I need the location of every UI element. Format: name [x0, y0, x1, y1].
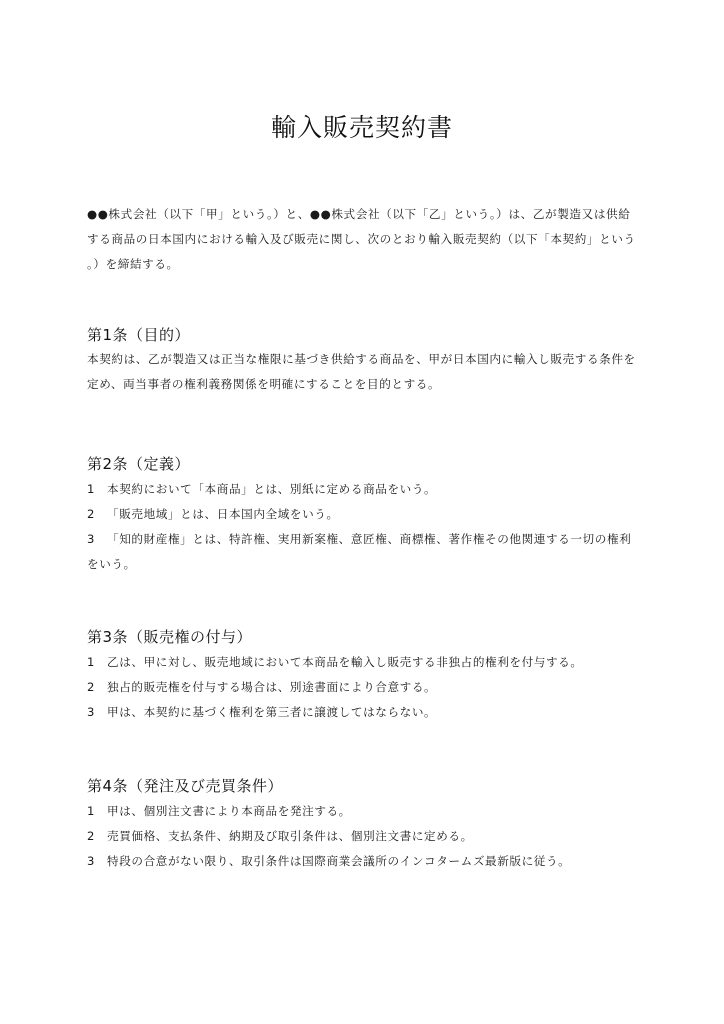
item-text: 特段の合意がない限り、取引条件は国際商業会議所のインコタームズ最新版に従う。: [107, 854, 570, 868]
item-text: 独占的販売権を付与する場合は、別途書面により合意する。: [107, 680, 436, 694]
article-4-item-1: 1甲は、個別注文書により本商品を発注する。: [87, 799, 647, 824]
article-1-line: 本契約は、乙が製造又は正当な権限に基づき供給する商品を、甲が日本国内に輸入し販売…: [87, 347, 647, 372]
item-text: 本契約において「本商品」とは、別紙に定める商品をいう。: [107, 482, 436, 496]
item-number: 1: [87, 650, 107, 675]
article-2-item-3: 3「知的財産権」とは、特許権、実用新案権、意匠権、商標権、著作権その他関連する一…: [87, 527, 647, 552]
preamble: ●●株式会社（以下「甲」という。）と、●●株式会社（以下「乙」という。）は、乙が…: [87, 202, 647, 277]
item-number: 1: [87, 477, 107, 502]
preamble-line: する商品の日本国内における輸入及び販売に関し、次のとおり輸入販売契約（以下「本契…: [87, 227, 647, 252]
item-text: 甲は、本契約に基づく権利を第三者に譲渡してはならない。: [107, 705, 436, 719]
article-1-line: 定め、両当事者の権利義務関係を明確にすることを目的とする。: [87, 372, 647, 397]
article-4-item-3: 3特段の合意がない限り、取引条件は国際商業会議所のインコタームズ最新版に従う。: [87, 849, 647, 874]
item-number: 3: [87, 849, 107, 874]
preamble-line: ●●株式会社（以下「甲」という。）と、●●株式会社（以下「乙」という。）は、乙が…: [87, 202, 647, 227]
article-1-body: 本契約は、乙が製造又は正当な権限に基づき供給する商品を、甲が日本国内に輸入し販売…: [87, 347, 647, 397]
article-1-heading: 第1条（目的）: [87, 324, 190, 345]
article-3-heading: 第3条（販売権の付与）: [87, 626, 252, 647]
item-number: 2: [87, 824, 107, 849]
item-number: 2: [87, 502, 107, 527]
item-text: 「知的財産権」とは、特許権、実用新案権、意匠権、商標権、著作権その他関連する一切…: [107, 532, 631, 546]
article-4-body: 1甲は、個別注文書により本商品を発注する。 2売買価格、支払条件、納期及び取引条…: [87, 799, 647, 874]
article-2-heading: 第2条（定義）: [87, 453, 190, 474]
item-number: 2: [87, 675, 107, 700]
document-title: 輸入販売契約書: [0, 108, 724, 144]
article-3-item-2: 2独占的販売権を付与する場合は、別途書面により合意する。: [87, 675, 647, 700]
article-2-item-1: 1本契約において「本商品」とは、別紙に定める商品をいう。: [87, 477, 647, 502]
item-text: 乙は、甲に対し、販売地域において本商品を輸入し販売する非独占的権利を付与する。: [107, 655, 583, 669]
item-number: 3: [87, 700, 107, 725]
article-3-body: 1乙は、甲に対し、販売地域において本商品を輸入し販売する非独占的権利を付与する。…: [87, 650, 647, 725]
preamble-line: 。）を締結する。: [87, 252, 647, 277]
item-text: 甲は、個別注文書により本商品を発注する。: [107, 804, 351, 818]
document-page: 輸入販売契約書 ●●株式会社（以下「甲」という。）と、●●株式会社（以下「乙」と…: [0, 0, 724, 1024]
article-4-heading: 第4条（発注及び売買条件）: [87, 775, 283, 796]
item-number: 3: [87, 527, 107, 552]
article-2-item-2: 2「販売地域」とは、日本国内全域をいう。: [87, 502, 647, 527]
article-2-body: 1本契約において「本商品」とは、別紙に定める商品をいう。 2「販売地域」とは、日…: [87, 477, 647, 577]
item-continuation: をいう。: [87, 552, 647, 577]
article-3-item-3: 3甲は、本契約に基づく権利を第三者に譲渡してはならない。: [87, 700, 647, 725]
article-4-item-2: 2売買価格、支払条件、納期及び取引条件は、個別注文書に定める。: [87, 824, 647, 849]
item-text: 「販売地域」とは、日本国内全域をいう。: [107, 507, 339, 521]
item-number: 1: [87, 799, 107, 824]
item-text: 売買価格、支払条件、納期及び取引条件は、個別注文書に定める。: [107, 829, 473, 843]
article-3-item-1: 1乙は、甲に対し、販売地域において本商品を輸入し販売する非独占的権利を付与する。: [87, 650, 647, 675]
